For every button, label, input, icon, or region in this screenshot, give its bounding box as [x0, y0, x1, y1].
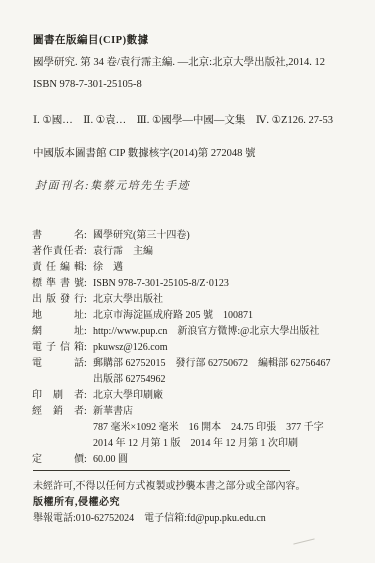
cip-classification-line: Ⅰ. ①國… Ⅱ. ①袁… Ⅲ. ①國學—中國—文集 Ⅳ. ①Z126. 27-… — [33, 112, 363, 127]
colophon-row-phone: 電話:郵購部 62752015 發行部 62750672 編輯部 6275646… — [32, 356, 367, 372]
row-label: 網址 — [32, 324, 84, 340]
scan-smudge — [293, 538, 315, 544]
row-label: 電子信箱 — [32, 340, 84, 356]
row-colon: : — [84, 308, 90, 324]
row-colon: : — [84, 452, 90, 468]
colophon-row-isbn: 標準書號:ISBN 978-7-301-25105-8/Z·0123 — [32, 276, 367, 292]
footer-block: 未經許可,不得以任何方式複製或抄襲本書之部分或全部內容。 版權所有,侵權必究 舉… — [33, 479, 363, 527]
permission-notice: 未經許可,不得以任何方式複製或抄襲本書之部分或全部內容。 — [33, 479, 363, 495]
row-colon: : — [84, 260, 90, 276]
colophon-row-printer: 印刷者:北京大學印刷廠 — [32, 388, 367, 404]
row-label: 著作責任者 — [32, 244, 84, 260]
row-label: 地址 — [32, 308, 84, 324]
cip-heading: 圖書在版編目(CIP)數據 — [33, 30, 363, 52]
row-value: 新華書店 — [93, 406, 133, 417]
row-value: 2014 年 12 月第 1 版 2014 年 12 月第 1 次印刷 — [93, 438, 298, 449]
colophon-row-format: :787 毫米×1092 毫米 16 開本 24.75 印張 377 千字 — [32, 420, 367, 436]
cip-title-line: 國學研究. 第 34 卷/袁行霈主編. —北京:北京大學出版社,2014. 12 — [33, 52, 363, 74]
row-value: 出版部 62754962 — [93, 374, 166, 385]
row-label: 出版發行 — [32, 292, 84, 308]
colophon-row-distributor: 經銷者:新華書店 — [32, 404, 367, 420]
row-label: 標準書號 — [32, 276, 84, 292]
row-label: 經銷者 — [32, 404, 84, 420]
row-colon: : — [84, 404, 90, 420]
row-value: http://www.pup.cn 新浪官方微博:@北京大學出版社 — [93, 326, 319, 337]
row-colon: : — [84, 292, 90, 308]
row-value: ISBN 978-7-301-25105-8/Z·0123 — [93, 278, 229, 289]
colophon-row-address: 地址:北京市海淀區成府路 205 號 100871 — [32, 308, 367, 324]
cip-data-block: 圖書在版編目(CIP)數據 國學研究. 第 34 卷/袁行霈主編. —北京:北京… — [33, 30, 363, 96]
row-label: 印刷者 — [32, 388, 84, 404]
row-colon: : — [84, 388, 90, 404]
copyright-page: 圖書在版編目(CIP)數據 國學研究. 第 34 卷/袁行霈主編. —北京:北京… — [0, 0, 375, 563]
colophon-row-title: 書名:國學研究(第三十四卷) — [32, 228, 367, 244]
row-label: 電話 — [32, 356, 84, 372]
colophon-row-email: 電子信箱:pkuwsz@126.com — [32, 340, 367, 356]
row-colon: : — [84, 276, 90, 292]
row-value: 787 毫米×1092 毫米 16 開本 24.75 印張 377 千字 — [93, 422, 324, 433]
row-value: 徐 邁 — [93, 262, 123, 273]
colophon-row-phone-cont: :出版部 62754962 — [32, 372, 367, 388]
row-colon: : — [84, 356, 90, 372]
cover-title-note: 封面刊名:集蔡元培先生手迹 — [35, 177, 365, 193]
cip-record-line: 中國版本圖書館 CIP 數據核字(2014)第 272048 號 — [33, 145, 363, 160]
row-colon: : — [84, 244, 90, 260]
row-label: 責任編輯 — [32, 260, 84, 276]
row-value: 北京大學印刷廠 — [93, 390, 163, 401]
row-value: 60.00 圓 — [93, 454, 128, 465]
row-value: pkuwsz@126.com — [93, 342, 167, 353]
row-value: 北京市海淀區成府路 205 號 100871 — [93, 310, 253, 321]
row-label: 書名 — [32, 228, 84, 244]
colophon-row-website: 網址:http://www.pup.cn 新浪官方微博:@北京大學出版社 — [32, 324, 367, 340]
row-colon: : — [84, 324, 90, 340]
colophon-row-price: 定價:60.00 圓 — [32, 452, 367, 468]
colophon-row-publisher: 出版發行:北京大學出版社 — [32, 292, 367, 308]
cip-isbn-line: ISBN 978-7-301-25105-8 — [33, 74, 363, 96]
row-value: 國學研究(第三十四卷) — [93, 230, 190, 241]
copyright-notice: 版權所有,侵權必究 — [33, 495, 363, 511]
row-value: 袁行霈 主編 — [93, 246, 153, 257]
row-value: 郵購部 62752015 發行部 62750672 編輯部 62756467 — [93, 358, 331, 369]
divider-line — [33, 470, 290, 471]
report-contact-line: 舉報電話:010-62752024 電子信箱:fd@pup.pku.edu.cn — [33, 511, 363, 527]
colophon-row-author: 著作責任者:袁行霈 主編 — [32, 244, 367, 260]
row-colon: : — [84, 340, 90, 356]
colophon-block: 書名:國學研究(第三十四卷) 著作責任者:袁行霈 主編 責任編輯:徐 邁 標準書… — [32, 228, 367, 468]
colophon-row-editor: 責任編輯:徐 邁 — [32, 260, 367, 276]
colophon-row-edition: :2014 年 12 月第 1 版 2014 年 12 月第 1 次印刷 — [32, 436, 367, 452]
row-value: 北京大學出版社 — [93, 294, 163, 305]
row-label: 定價 — [32, 452, 84, 468]
row-colon: : — [84, 228, 90, 244]
